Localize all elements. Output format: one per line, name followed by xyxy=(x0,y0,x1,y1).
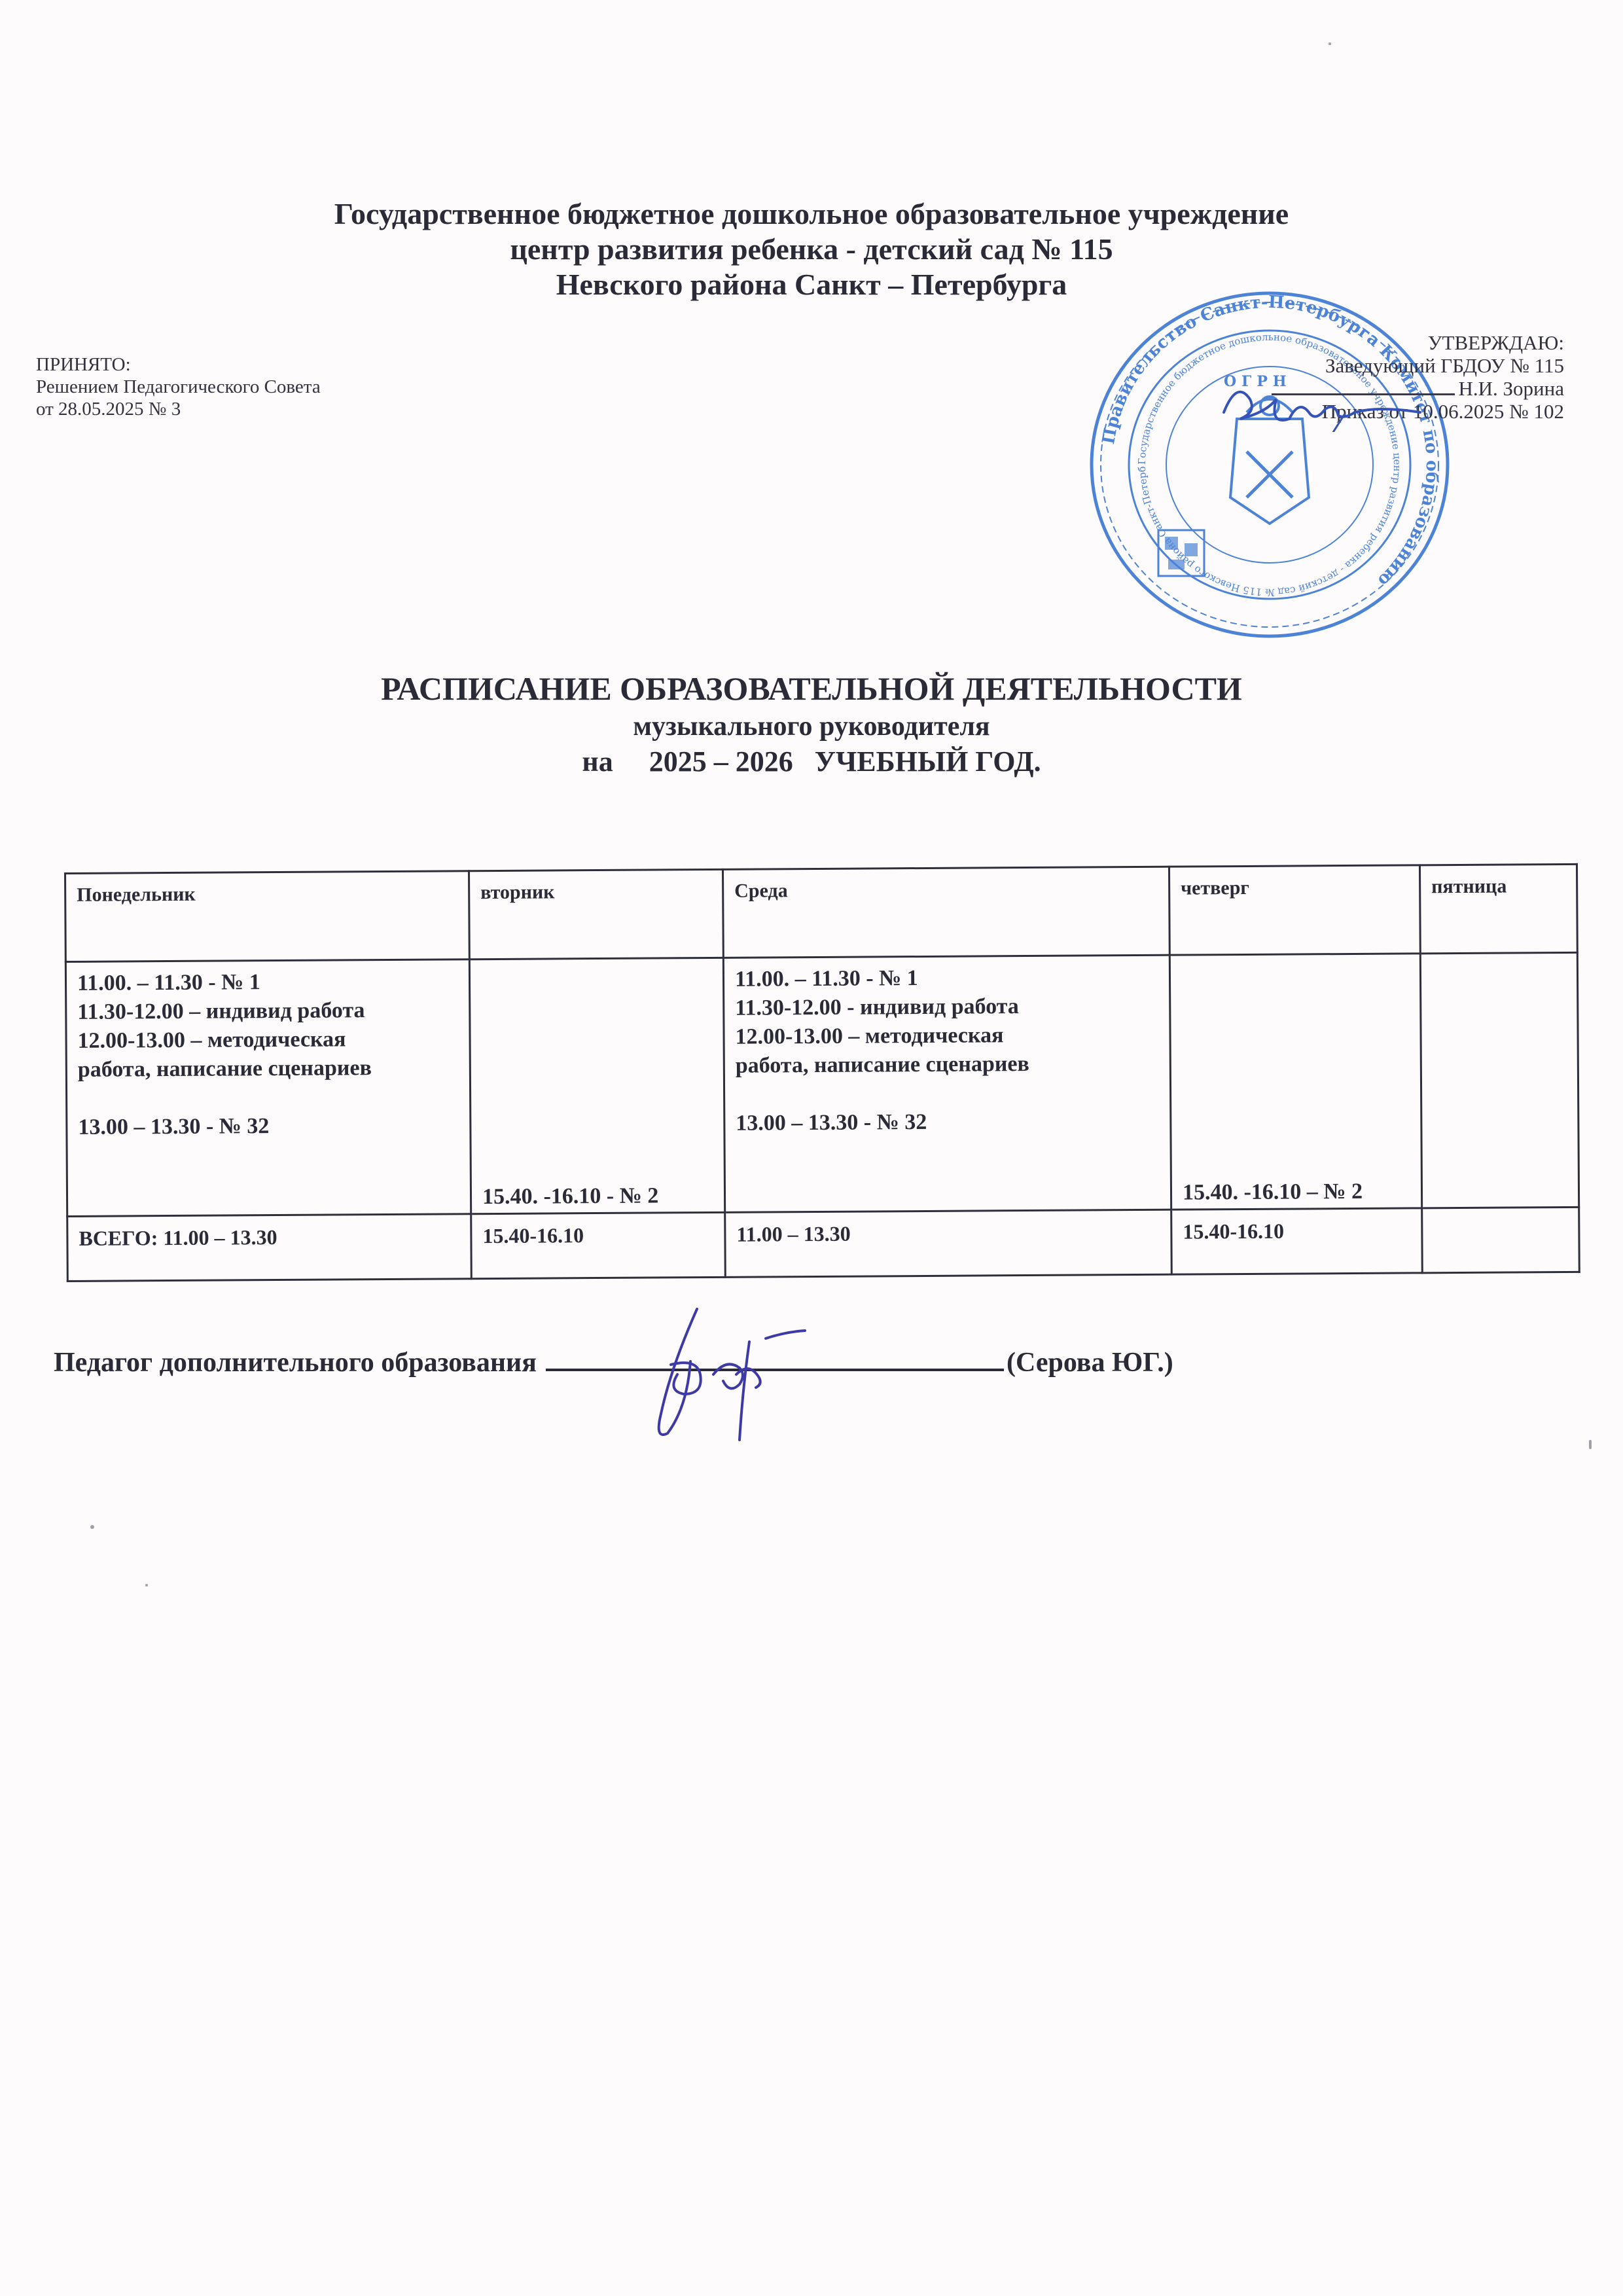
title-line-2: музыкального руководителя xyxy=(0,709,1623,744)
institution-name-line-1: Государственное бюджетное дошкольное обр… xyxy=(0,196,1623,232)
monday-entry: работа, написание сценариев xyxy=(78,1053,459,1085)
wednesday-entry: 13.00 – 13.30 - № 32 xyxy=(736,1107,1159,1138)
monday-entry: 12.00-13.00 – методическая xyxy=(77,1024,458,1056)
column-header-monday: Понедельник xyxy=(65,871,470,962)
accepted-label: ПРИНЯТО: xyxy=(36,353,321,376)
total-friday xyxy=(1422,1207,1580,1272)
teacher-handwritten-signature-icon xyxy=(635,1302,883,1446)
table-header-row: Понедельник вторник Среда четверг пятниц… xyxy=(65,864,1578,961)
scan-speck xyxy=(1589,1440,1592,1449)
spacer xyxy=(78,1082,459,1113)
teacher-signature-row: Педагог дополнительного образования(Серо… xyxy=(54,1347,1173,1378)
approved-label: УТВЕРЖДАЮ: xyxy=(1272,331,1565,354)
monday-entry: 11.30-12.00 – индивид работа xyxy=(77,996,458,1027)
cell-friday xyxy=(1420,952,1578,1208)
scan-speck xyxy=(145,1584,148,1587)
tuesday-entry: 15.40. -16.10 - № 2 xyxy=(482,1181,659,1211)
cell-thursday: 15.40. -16.10 – № 2 xyxy=(1169,954,1421,1210)
column-header-tuesday: вторник xyxy=(469,869,723,959)
schedule-title: РАСПИСАНИЕ ОБРАЗОВАТЕЛЬНОЙ ДЕЯТЕЛЬНОСТИ … xyxy=(0,668,1623,780)
institution-name-line-2: центр развития ребенка - детский сад № 1… xyxy=(0,232,1623,267)
schedule-table: Понедельник вторник Среда четверг пятниц… xyxy=(64,863,1580,1282)
table-row: 11.00. – 11.30 - № 1 11.30-12.00 – индив… xyxy=(65,952,1578,1216)
monday-entry: 13.00 – 13.30 - № 32 xyxy=(78,1111,459,1142)
wednesday-entry: работа, написание сценариев xyxy=(736,1049,1159,1081)
teacher-name: (Серова ЮГ.) xyxy=(1007,1348,1173,1378)
column-header-friday: пятница xyxy=(1419,864,1577,953)
title-line-1: РАСПИСАНИЕ ОБРАЗОВАТЕЛЬНОЙ ДЕЯТЕЛЬНОСТИ xyxy=(0,668,1623,709)
column-header-wednesday: Среда xyxy=(722,867,1169,958)
wednesday-entry: 11.00. – 11.30 - № 1 xyxy=(735,963,1158,994)
monday-entry: 11.00. – 11.30 - № 1 xyxy=(77,967,458,998)
thursday-entry: 15.40. -16.10 – № 2 xyxy=(1183,1177,1363,1208)
total-wednesday: 11.00 – 13.30 xyxy=(725,1210,1172,1277)
cell-wednesday: 11.00. – 11.30 - № 1 11.30-12.00 - индив… xyxy=(723,955,1171,1212)
total-monday: ВСЕГО: 11.00 – 13.30 xyxy=(67,1214,472,1282)
title-line-3: на 2025 – 2026 УЧЕБНЫЙ ГОД. xyxy=(0,744,1623,780)
total-thursday: 15.40-16.10 xyxy=(1171,1208,1423,1274)
approved-name: Н.И. Зорина xyxy=(1459,377,1565,400)
accepted-block: ПРИНЯТО: Решением Педагогического Совета… xyxy=(36,353,321,420)
wednesday-entry: 11.30-12.00 - индивид работа xyxy=(735,992,1158,1023)
totals-row: ВСЕГО: 11.00 – 13.30 15.40-16.10 11.00 –… xyxy=(67,1207,1580,1281)
spacer xyxy=(736,1078,1159,1109)
scan-speck xyxy=(1329,43,1331,45)
cell-tuesday: 15.40. -16.10 - № 2 xyxy=(469,958,724,1213)
accepted-date: от 28.05.2025 № 3 xyxy=(36,398,321,420)
scan-speck xyxy=(90,1525,94,1529)
director-signature-icon xyxy=(1217,373,1433,432)
total-tuesday: 15.40-16.10 xyxy=(471,1212,726,1278)
accepted-council: Решением Педагогического Совета xyxy=(36,376,321,398)
wednesday-entry: 12.00-13.00 – методическая xyxy=(735,1020,1158,1052)
cell-monday: 11.00. – 11.30 - № 1 11.30-12.00 – индив… xyxy=(65,960,471,1217)
teacher-role: Педагог дополнительного образования xyxy=(54,1348,537,1378)
column-header-thursday: четверг xyxy=(1169,865,1420,955)
